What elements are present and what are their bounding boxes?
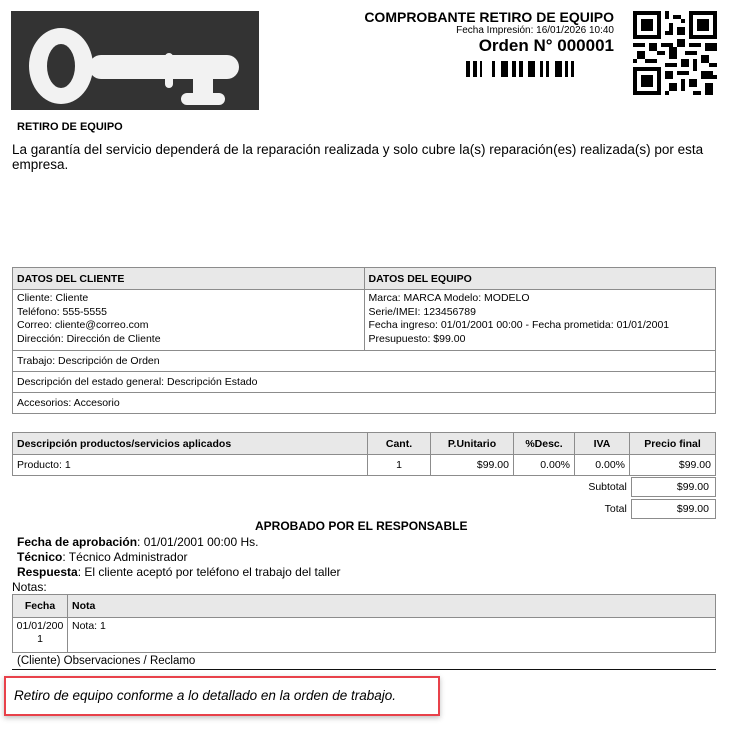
col-unit-price: P.Unitario — [431, 433, 514, 455]
key-icon — [11, 11, 259, 110]
client-details: Cliente: Cliente Teléfono: 555-5555 Corr… — [13, 290, 365, 351]
totals: Subtotal $99.00 Total $99.00 — [520, 476, 716, 520]
total-value: $99.00 — [631, 499, 716, 519]
product-tax: 0.00% — [575, 455, 630, 476]
client-name: Cliente: Cliente — [17, 292, 360, 306]
approval-title: APROBADO POR EL RESPONSABLE — [255, 519, 467, 533]
product-discount: 0.00% — [514, 455, 575, 476]
equipment-details: Marca: MARCA Modelo: MODELO Serie/IMEI: … — [364, 290, 716, 351]
approval-date-value: : 01/01/2001 00:00 Hs. — [137, 535, 258, 549]
col-description: Descripción productos/servicios aplicado… — [13, 433, 368, 455]
product-quantity: 1 — [368, 455, 431, 476]
products-table: Descripción productos/servicios aplicado… — [12, 432, 716, 476]
subtotal-label: Subtotal — [520, 481, 631, 493]
general-state: Descripción del estado general: Descripc… — [13, 372, 716, 393]
col-note-date: Fecha — [13, 595, 68, 618]
work-description: Trabajo: Descripción de Orden — [13, 351, 716, 372]
table-row: Producto: 1 1 $99.00 0.00% 0.00% $99.00 — [13, 455, 716, 476]
total-label: Total — [520, 503, 631, 515]
product-unit-price: $99.00 — [431, 455, 514, 476]
order-number: Orden N° 000001 — [479, 36, 614, 56]
approval-technician: Técnico: Técnico Administrador — [17, 550, 188, 564]
client-email: Correo: cliente@correo.com — [17, 319, 360, 333]
table-row: 01/01/2001 Nota: 1 — [13, 618, 716, 653]
response-value: : El cliente aceptó por teléfono el trab… — [78, 565, 341, 579]
notes-label: Notas: — [12, 580, 47, 594]
document-title: COMPROBANTE RETIRO DE EQUIPO — [364, 9, 614, 25]
accessories: Accesorios: Accesorio — [13, 393, 716, 414]
observations-divider — [12, 669, 716, 670]
technician-label: Técnico — [17, 550, 62, 564]
equipment-dates: Fecha ingreso: 01/01/2001 00:00 - Fecha … — [369, 319, 712, 333]
observations-label: (Cliente) Observaciones / Reclamo — [17, 655, 195, 667]
col-quantity: Cant. — [368, 433, 431, 455]
notes-table: Fecha Nota 01/01/2001 Nota: 1 — [12, 594, 716, 653]
product-final-price: $99.00 — [630, 455, 716, 476]
col-discount: %Desc. — [514, 433, 575, 455]
equipment-brand-model: Marca: MARCA Modelo: MODELO — [369, 292, 712, 306]
section-title: RETIRO DE EQUIPO — [17, 121, 123, 133]
company-logo — [11, 11, 259, 110]
order-info-table: DATOS DEL CLIENTE DATOS DEL EQUIPO Clien… — [12, 267, 716, 414]
client-address: Dirección: Dirección de Cliente — [17, 333, 360, 347]
note-date: 01/01/2001 — [13, 618, 68, 653]
qr-code-icon — [633, 11, 717, 95]
approval-response: Respuesta: El cliente aceptó por teléfon… — [17, 565, 341, 579]
conformity-box: Retiro de equipo conforme a lo detallado… — [4, 676, 440, 716]
subtotal-value: $99.00 — [631, 477, 716, 497]
note-text: Nota: 1 — [68, 618, 716, 653]
equipment-heading: DATOS DEL EQUIPO — [364, 268, 716, 290]
conformity-text: Retiro de equipo conforme a lo detallado… — [14, 688, 396, 703]
warranty-text: La garantía del servicio dependerá de la… — [12, 142, 712, 172]
col-note: Nota — [68, 595, 716, 618]
client-phone: Teléfono: 555-5555 — [17, 306, 360, 320]
barcode-icon — [466, 61, 606, 77]
col-tax: IVA — [575, 433, 630, 455]
col-final-price: Precio final — [630, 433, 716, 455]
equipment-serial: Serie/IMEI: 123456789 — [369, 306, 712, 320]
equipment-budget: Presupuesto: $99.00 — [369, 333, 712, 347]
approval-date-label: Fecha de aprobación — [17, 535, 137, 549]
print-date: Fecha Impresión: 16/01/2026 10:40 — [456, 25, 614, 36]
response-label: Respuesta — [17, 565, 78, 579]
approval-date: Fecha de aprobación: 01/01/2001 00:00 Hs… — [17, 535, 258, 549]
product-description: Producto: 1 — [13, 455, 368, 476]
client-heading: DATOS DEL CLIENTE — [13, 268, 365, 290]
technician-value: : Técnico Administrador — [62, 550, 187, 564]
